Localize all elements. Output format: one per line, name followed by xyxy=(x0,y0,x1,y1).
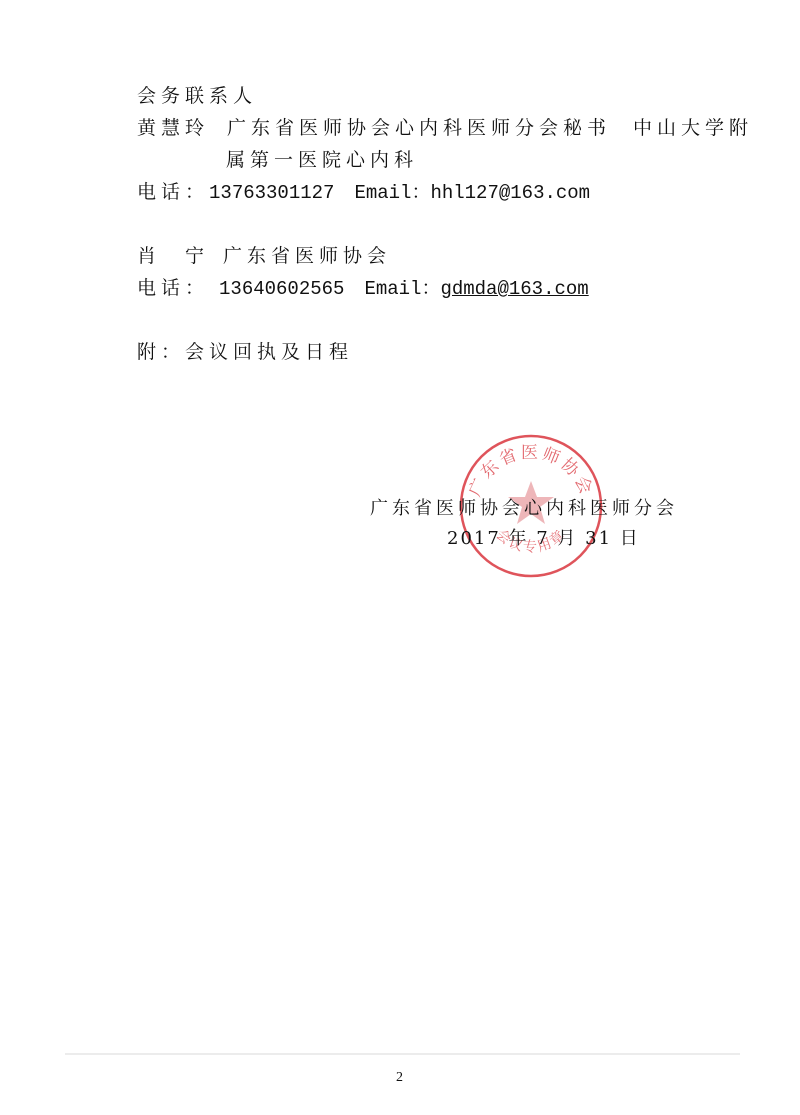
contact1-line1: 黄慧玲广东省医师协会心内科医师分会秘书中山大学附 xyxy=(137,116,753,140)
contact2-line1: 肖 宁广东省医师协会 xyxy=(137,244,391,268)
scan-line-divider xyxy=(65,1053,740,1055)
signature-date: 2017 年 7 月 31 日 xyxy=(447,528,640,550)
contact1-org-line2: 属第一医院心内科 xyxy=(226,148,418,172)
contact1-phone-line: 电话：13763301127Email：hhl127@163.com xyxy=(137,180,590,205)
email-label: Email： xyxy=(354,182,430,204)
contact2-email-link[interactable]: gdmda@163.com xyxy=(440,278,588,300)
page-number: 2 xyxy=(396,1070,403,1086)
phone-label: 电话： xyxy=(137,181,209,203)
contact1-email[interactable]: hhl127@163.com xyxy=(430,182,590,204)
email-label: Email： xyxy=(364,278,440,300)
contact2-org: 广东省医师协会 xyxy=(223,245,391,267)
attachment-note: 附：会议回执及日程 xyxy=(137,340,353,364)
contacts-heading: 会务联系人 xyxy=(137,84,257,108)
contact1-name: 黄慧玲 xyxy=(137,117,209,139)
contact1-title: 广东省医师协会心内科医师分会秘书 xyxy=(227,117,611,139)
signature-org: 广东省医师协会心内科医师分会 xyxy=(370,498,678,520)
contact2-name: 肖 宁 xyxy=(137,245,209,267)
contact2-phone-line: 电话：13640602565Email：gdmda@163.com xyxy=(137,276,589,301)
contact2-phone: 13640602565 xyxy=(219,278,344,300)
contact1-phone: 13763301127 xyxy=(209,182,334,204)
phone-label: 电话： xyxy=(137,277,209,299)
contact1-org: 中山大学附 xyxy=(633,117,753,139)
